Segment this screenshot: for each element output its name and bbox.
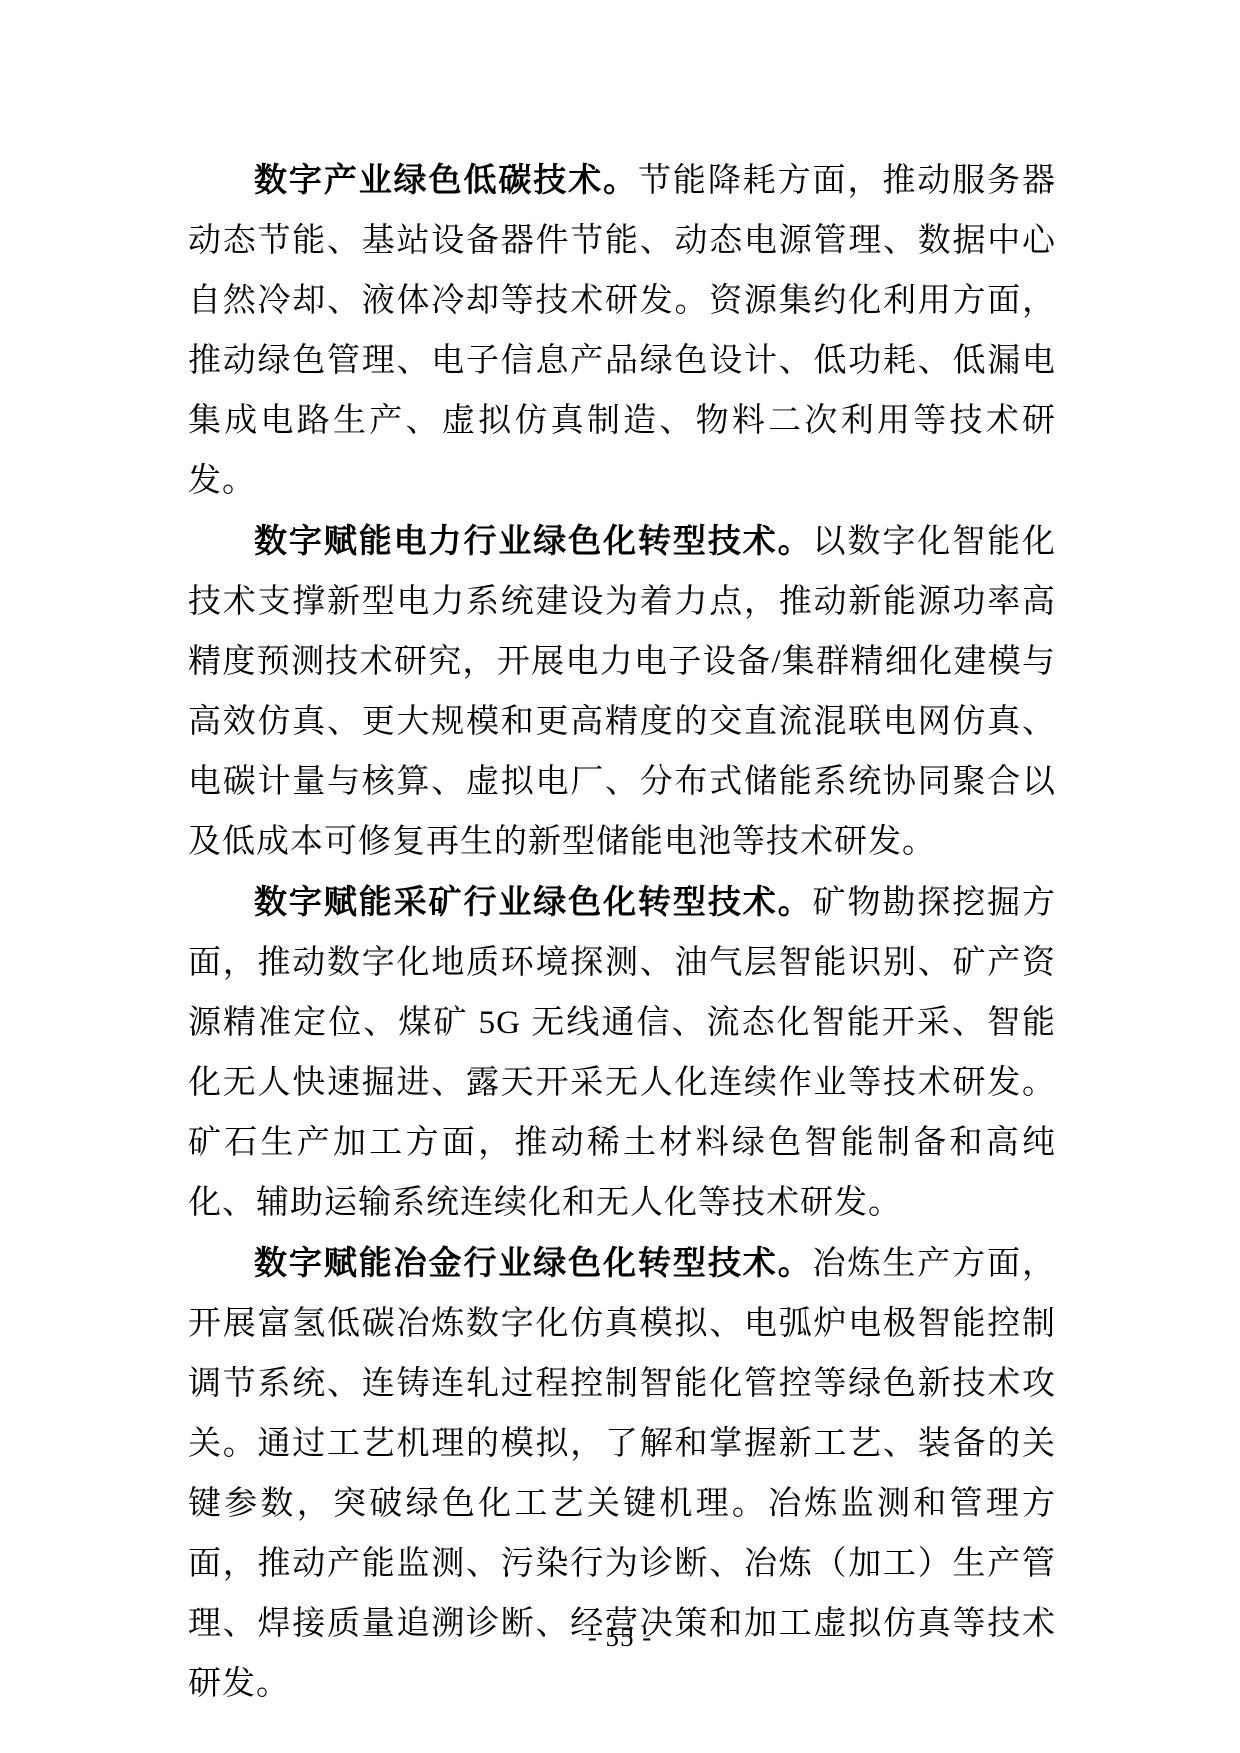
document-page: 数字产业绿色低碳技术。节能降耗方面，推动服务器动态节能、基站设备器件节能、动态电… (0, 0, 1240, 1753)
paragraph-body: 节能降耗方面，推动服务器动态节能、基站设备器件节能、动态电源管理、数据中心自然冷… (188, 163, 1056, 499)
paragraph-heading: 数字赋能采矿行业绿色化转型技术。 (254, 883, 813, 920)
paragraph: 数字赋能采矿行业绿色化转型技术。矿物勘探挖掘方面，推动数字化地质环境探测、油气层… (188, 872, 1056, 1233)
paragraph: 数字产业绿色低碳技术。节能降耗方面，推动服务器动态节能、基站设备器件节能、动态电… (188, 150, 1056, 511)
paragraph-body: 矿物勘探挖掘方面，推动数字化地质环境探测、油气层智能识别、矿产资源精准定位、煤矿… (188, 885, 1056, 1221)
paragraph-heading: 数字赋能冶金行业绿色化转型技术。 (254, 1244, 813, 1281)
paragraph-heading: 数字赋能电力行业绿色化转型技术。 (254, 522, 813, 559)
document-body: 数字产业绿色低碳技术。节能降耗方面，推动服务器动态节能、基站设备器件节能、动态电… (188, 150, 1056, 1714)
paragraph: 数字赋能电力行业绿色化转型技术。以数字化智能化技术支撑新型电力系统建设为着力点，… (188, 511, 1056, 872)
page-number: - 55 - (0, 1620, 1240, 1654)
paragraph-body: 以数字化智能化技术支撑新型电力系统建设为着力点，推动新能源功率高精度预测技术研究… (188, 524, 1056, 860)
paragraph-heading: 数字产业绿色低碳技术。 (254, 161, 638, 198)
